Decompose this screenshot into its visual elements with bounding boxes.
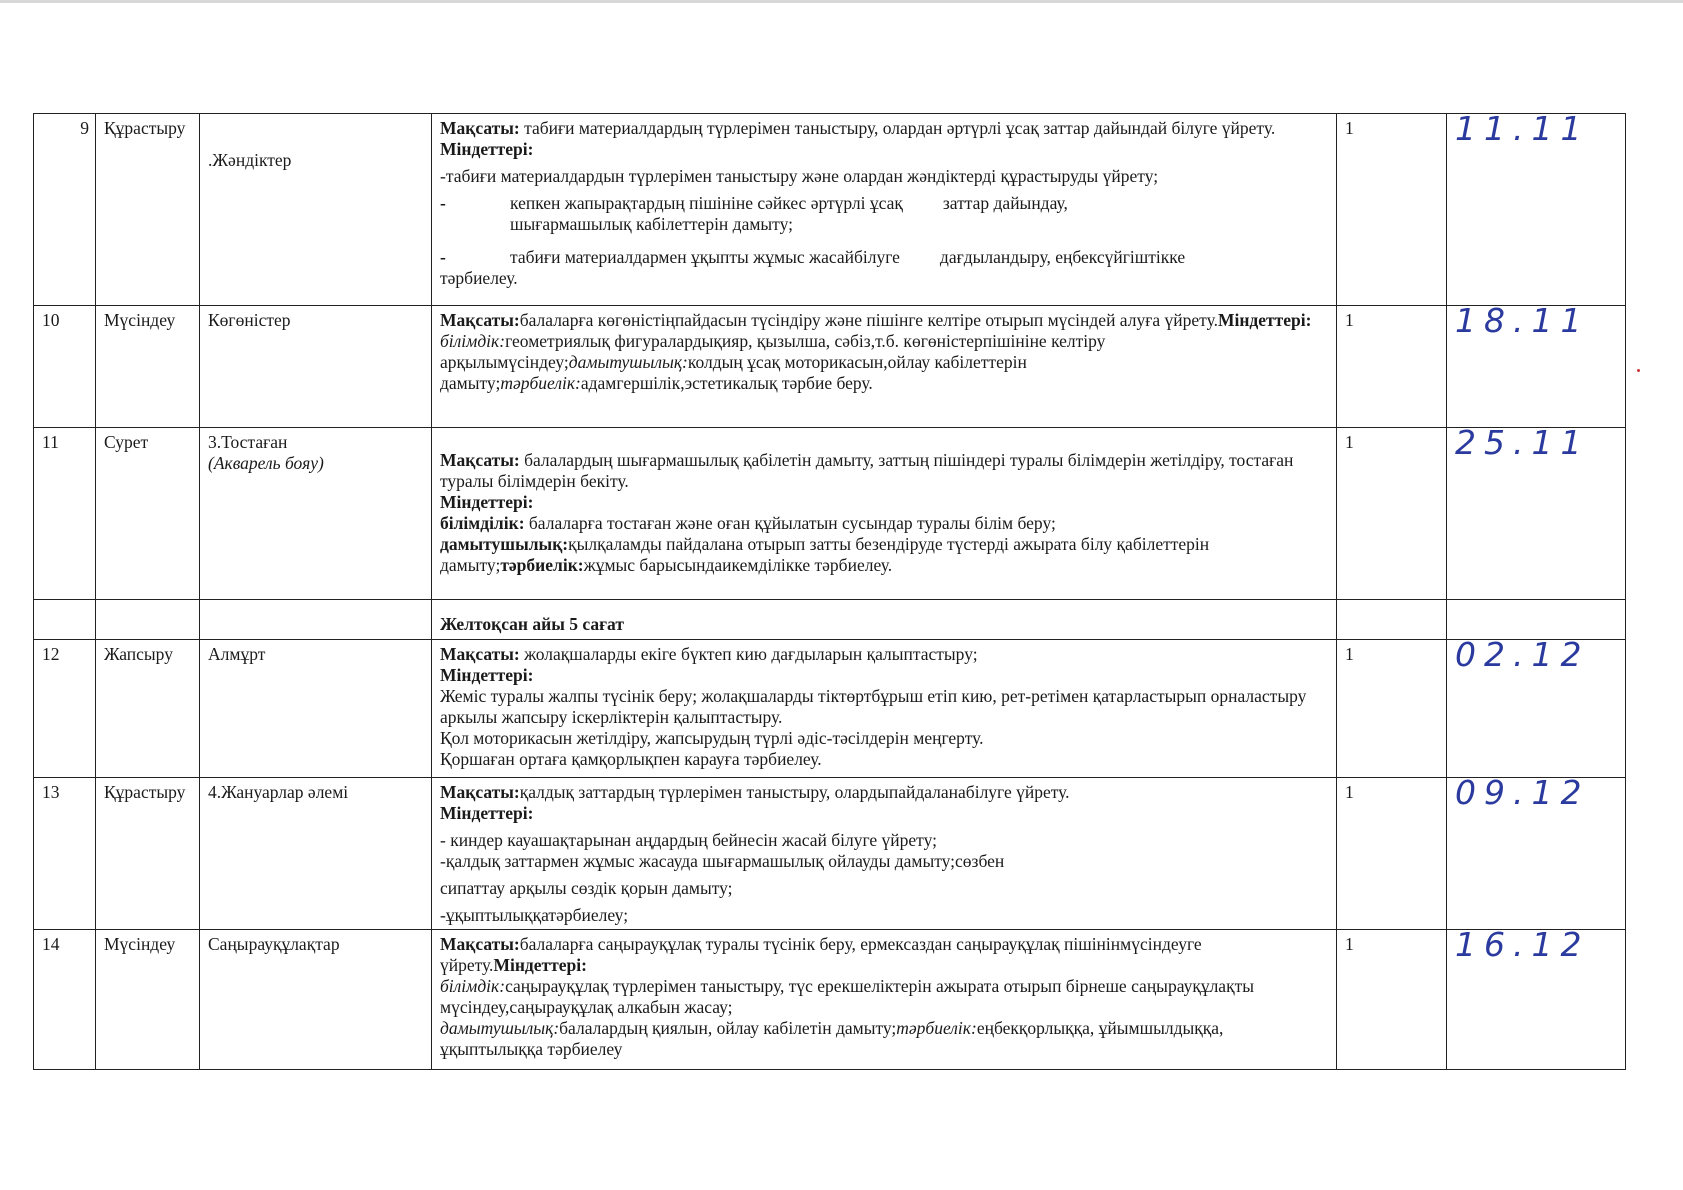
handwritten-date: 18.11 (1447, 306, 1626, 428)
task-item: - кепкен жапырақтардың пішініне сәйкес ә… (440, 193, 1330, 235)
lesson-description: Мақсаты:балаларға саңырауқұлақ туралы тү… (432, 930, 1337, 1070)
lesson-topic: Саңырауқұлақтар (200, 930, 432, 1070)
table-row: 11 Сурет 3.Тостаған (Акварель бояу) Мақс… (34, 428, 1626, 600)
hours-count: 1 (1337, 428, 1447, 600)
activity-type: Мүсіндеу (96, 306, 200, 428)
table-row: 12 Жапсыру Алмұрт Мақсаты: жолақшаларды … (34, 640, 1626, 778)
lesson-number: 12 (34, 640, 96, 778)
lesson-description: Мақсаты:балаларға көгөністіңпайдасын түс… (432, 306, 1337, 428)
table-row: 13 Құрастыру 4.Жануарлар әлемі Мақсаты:қ… (34, 778, 1626, 930)
lesson-topic: 4.Жануарлар әлемі (200, 778, 432, 930)
lesson-topic: 3.Тостаған (Акварель бояу) (200, 428, 432, 600)
activity-type: Құрастыру (96, 114, 200, 306)
lesson-number: 11 (34, 428, 96, 600)
hours-count: 1 (1337, 930, 1447, 1070)
lesson-topic: .Жәндіктер (200, 114, 432, 306)
handwritten-date: 16.12 (1447, 930, 1626, 1070)
handwritten-date: 11.11 (1447, 114, 1626, 306)
hours-count: 1 (1337, 114, 1447, 306)
handwritten-date: 25.11 (1447, 428, 1626, 600)
lesson-number: 13 (34, 778, 96, 930)
hours-count: 1 (1337, 778, 1447, 930)
activity-type: Мүсіндеу (96, 930, 200, 1070)
lesson-topic: Алмұрт (200, 640, 432, 778)
activity-type: Сурет (96, 428, 200, 600)
lesson-number: 9 (34, 114, 96, 306)
lesson-description: Мақсаты: табиғи материалдардың түрлеріме… (432, 114, 1337, 306)
lesson-description: Мақсаты: жолақшаларды екіге бүктеп кию д… (432, 640, 1337, 778)
lesson-number: 10 (34, 306, 96, 428)
lesson-description: Мақсаты: балалардың шығармашылық қабілет… (432, 428, 1337, 600)
table-row: 9 Құрастыру .Жәндіктер Мақсаты: табиғи м… (34, 114, 1626, 306)
lesson-description: Мақсаты:қалдық заттардың түрлерімен таны… (432, 778, 1337, 930)
table-row: 14 Мүсіндеу Саңырауқұлақтар Мақсаты:бала… (34, 930, 1626, 1070)
scan-speck (1637, 369, 1640, 372)
lesson-number: 14 (34, 930, 96, 1070)
month-header-row: Желтоқсан айы 5 сағат (34, 600, 1626, 640)
table-row: 10 Мүсіндеу Көгөністер Мақсаты:балаларға… (34, 306, 1626, 428)
task-item: - табиғи материалдармен ұқыпты жұмыс жас… (440, 247, 1330, 268)
handwritten-date: 02.12 (1447, 640, 1626, 778)
lesson-plan-table: 9 Құрастыру .Жәндіктер Мақсаты: табиғи м… (33, 113, 1626, 1070)
month-title: Желтоқсан айы 5 сағат (432, 600, 1337, 640)
scan-top-edge (0, 0, 1683, 3)
hours-count: 1 (1337, 306, 1447, 428)
hours-count: 1 (1337, 640, 1447, 778)
lesson-topic: Көгөністер (200, 306, 432, 428)
activity-type: Жапсыру (96, 640, 200, 778)
activity-type: Құрастыру (96, 778, 200, 930)
handwritten-date: 09.12 (1447, 778, 1626, 930)
